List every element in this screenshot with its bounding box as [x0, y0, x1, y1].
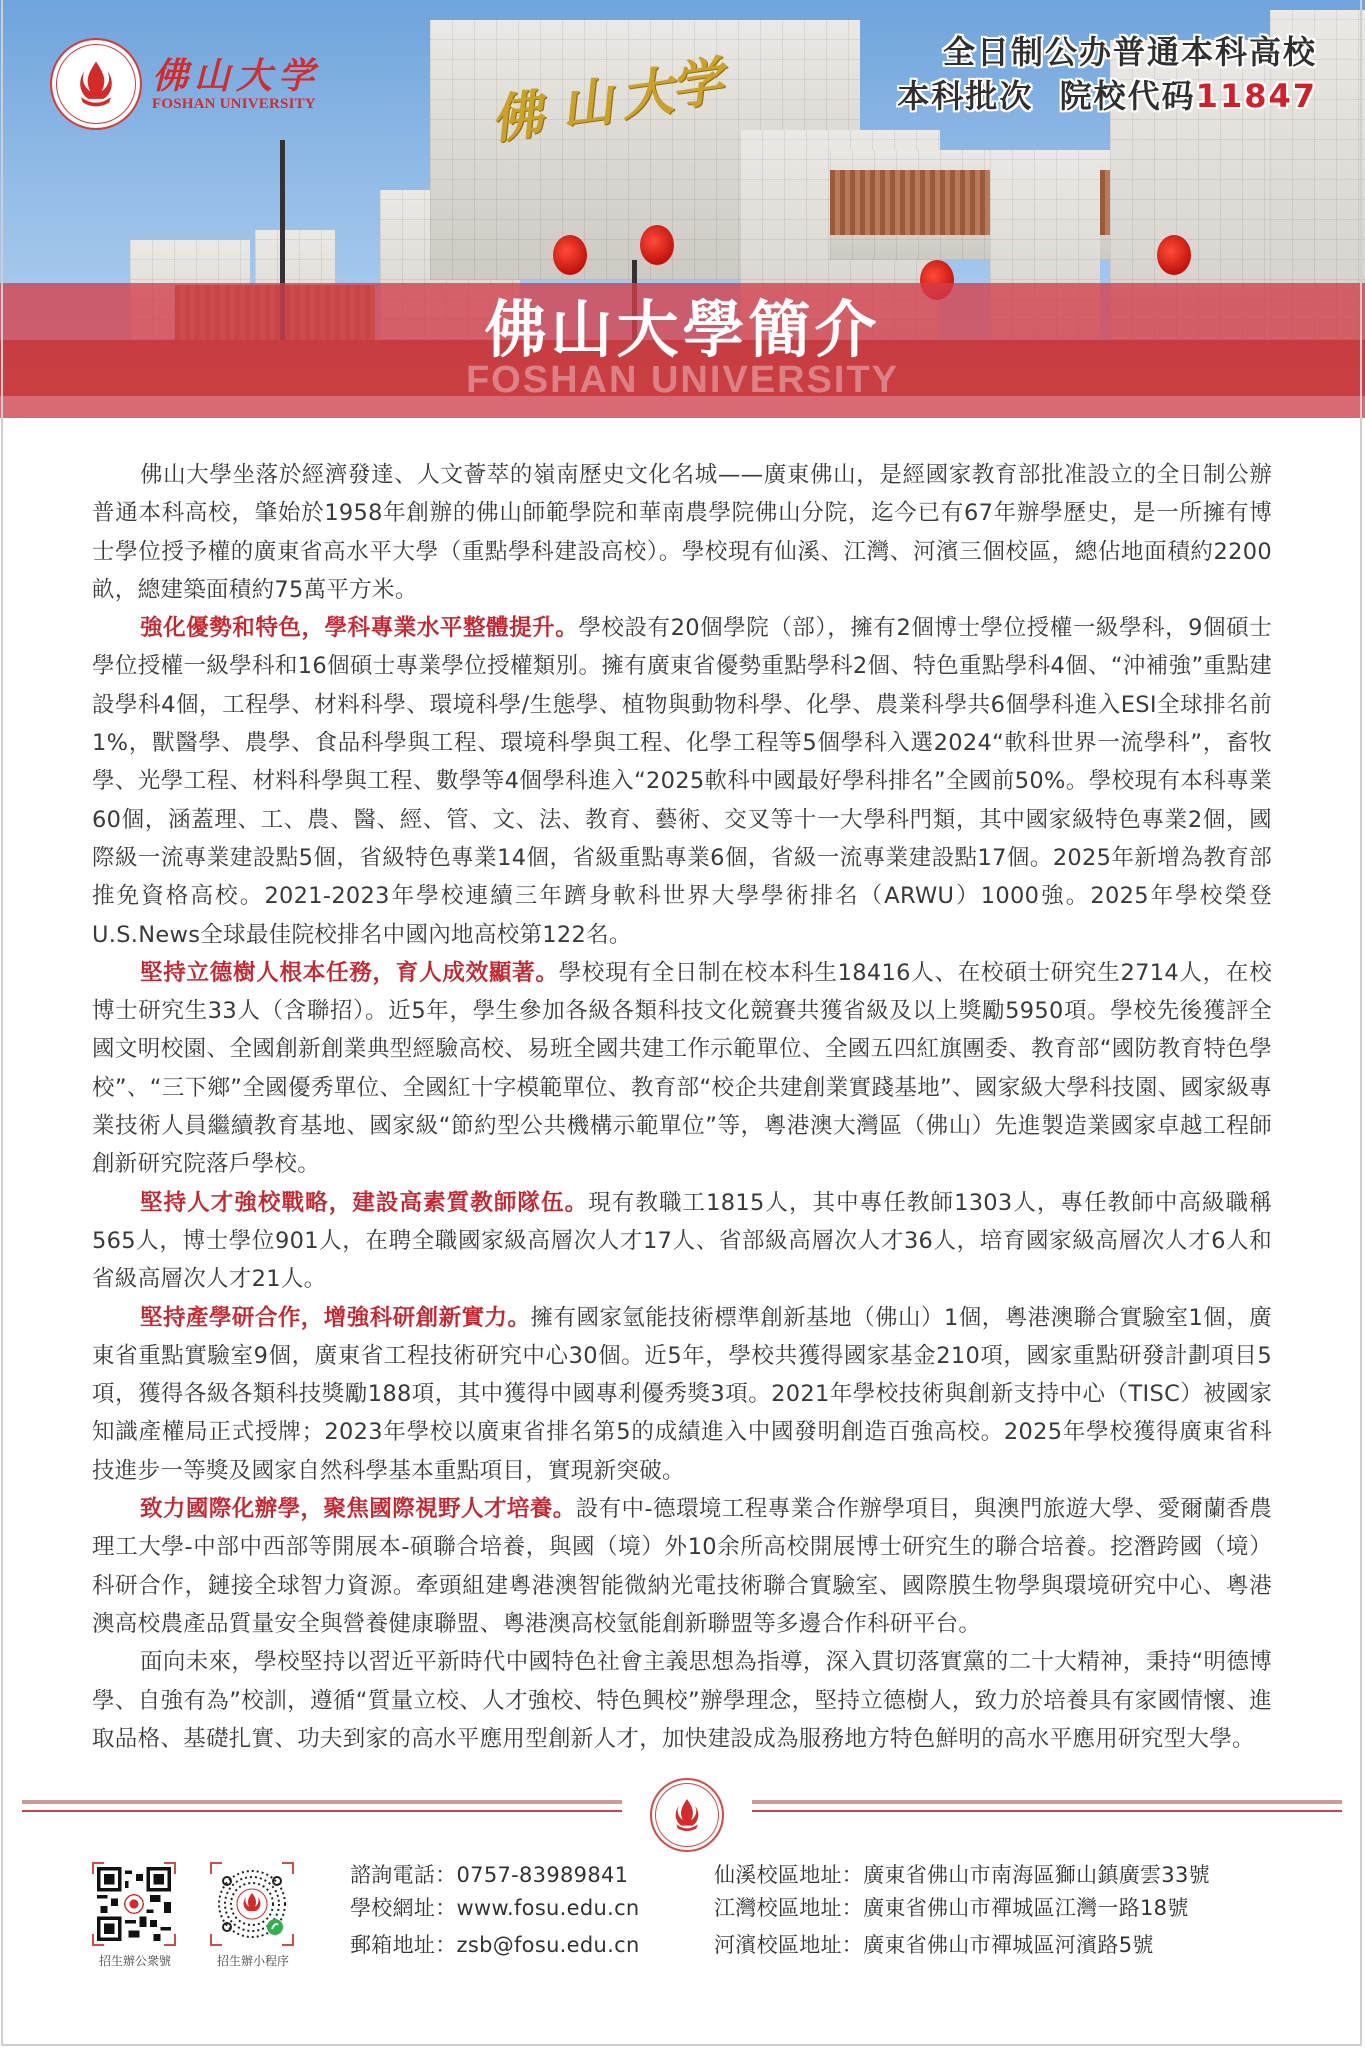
- paragraph-highlight: 強化優勢和特色，學科專業水平整體提升。: [140, 615, 578, 641]
- address-value: 廣東省佛山市南海區獅山鎮廣雲33號: [863, 1863, 1210, 1887]
- phone-number[interactable]: 0757-83989841: [457, 1863, 629, 1887]
- paragraph-highlight: 堅持立德樹人根本任務，育人成效顯著。: [140, 960, 559, 986]
- gate-inscription-char: 山: [555, 59, 617, 141]
- introduction-body: 佛山大學坐落於經濟發達、人文薈萃的嶺南歷史文化名城——廣東佛山，是經國家教育部批…: [92, 456, 1272, 1758]
- institution-code: 11847: [1196, 77, 1317, 115]
- paragraph-text: 面向未來，學校堅持以習近平新時代中國特色社會主義思想為指導，深入貫切落實黨的二十…: [92, 1649, 1272, 1752]
- address-jiangwan: 江灣校區地址：廣東省佛山市禪城區江灣一路18號: [714, 1893, 1210, 1926]
- mini-program-code-icon: [215, 1867, 289, 1941]
- paragraph-text: 擁有國家氫能技術標準創新基地（佛山）1個，粵港澳聯合實驗室1個，廣東省重點實驗室…: [92, 1305, 1272, 1484]
- paragraph-international: 致力國際化辦學，聚焦國際視野人才培養。設有中-德環境工程專業合作辦學項目，與澳門…: [92, 1490, 1272, 1643]
- contact-phone: 諮詢電話：0757-83989841: [350, 1860, 640, 1893]
- paragraph-future: 面向未來，學校堅持以習近平新時代中國特色社會主義思想為指導，深入貫切落實黨的二十…: [92, 1643, 1272, 1758]
- campus-addresses: 仙溪校區地址：廣東省佛山市南海區獅山鎮廣雲33號 江灣校區地址：廣東省佛山市禪城…: [714, 1860, 1210, 1963]
- red-lantern-icon: [1157, 235, 1191, 275]
- contact-label: 諮詢電話：: [350, 1863, 457, 1887]
- flame-emblem-icon: [667, 1795, 707, 1835]
- paragraph-highlight: 堅持產學研合作，增強科研創新實力。: [140, 1305, 531, 1331]
- badge-line-type: 全日制公办普通本科高校: [897, 30, 1317, 74]
- address-xianxi: 仙溪校區地址：廣東省佛山市南海區獅山鎮廣雲33號: [714, 1860, 1210, 1893]
- footer-divider-right: [752, 1800, 1342, 1814]
- qr-mini-program[interactable]: 招生辦小程序: [210, 1862, 296, 1969]
- red-lantern-icon: [640, 225, 674, 265]
- contact-info: 諮詢電話：0757-83989841 學校網址：www.fosu.edu.cn …: [350, 1860, 640, 1963]
- paragraph-overview: 佛山大學坐落於經濟發達、人文薈萃的嶺南歷史文化名城——廣東佛山，是經國家教育部批…: [92, 456, 1272, 609]
- address-label: 仙溪校區地址：: [714, 1863, 863, 1887]
- admission-badge: 全日制公办普通本科高校 本科批次 院校代码11847: [897, 30, 1317, 118]
- badge-batch-label: 本科批次 院校代码: [897, 77, 1195, 115]
- paragraph-research: 堅持產學研合作，增強科研創新實力。擁有國家氫能技術標準創新基地（佛山）1個，粵港…: [92, 1299, 1272, 1490]
- paragraph-faculty: 堅持人才強校戰略，建設高素質教師隊伍。現有教職工1815人，其中專任教師1303…: [92, 1184, 1272, 1299]
- university-logo: 佛山大学 FOSHAN UNIVERSITY: [50, 38, 320, 130]
- paragraph-text: 佛山大學坐落於經濟發達、人文薈萃的嶺南歷史文化名城——廣東佛山，是經國家教育部批…: [92, 462, 1272, 603]
- footer-divider-left: [22, 1800, 622, 1814]
- website-link[interactable]: www.fosu.edu.cn: [457, 1896, 640, 1920]
- red-lantern-icon: [553, 235, 587, 275]
- paragraph-highlight: 堅持人才強校戰略，建設高素質教師隊伍。: [140, 1190, 588, 1216]
- address-label: 河濱校區地址：: [714, 1933, 863, 1957]
- logo-english-name: FOSHAN UNIVERSITY: [152, 96, 320, 112]
- hero-banner: 佛 山 大 学 佛山大学 FOSHAN UNIVERSITY 全日制公办普通本科…: [0, 0, 1365, 418]
- logo-chinese-name: 佛山大学: [152, 56, 320, 96]
- address-value: 廣東省佛山市禪城區河濱路5號: [863, 1933, 1154, 1957]
- qr-code-icon: [97, 1867, 171, 1941]
- paragraph-education: 堅持立德樹人根本任務，育人成效顯著。學校現有全日制在校本科生18416人、在校碩…: [92, 954, 1272, 1184]
- address-value: 廣東省佛山市禪城區江灣一路18號: [863, 1896, 1189, 1920]
- email-link[interactable]: zsb@fosu.edu.cn: [457, 1933, 640, 1957]
- qr-label: 招生辦小程序: [210, 1952, 296, 1969]
- paragraph-text: 學校現有全日制在校本科生18416人、在校碩士研究生2714人，在校博士研究生3…: [92, 960, 1272, 1177]
- mini-program-icon: [267, 1919, 283, 1935]
- contact-email: 郵箱地址：zsb@fosu.edu.cn: [350, 1930, 640, 1963]
- paragraph-disciplines: 強化優勢和特色，學科專業水平整體提升。學校設有20個學院（部），擁有2個博士學位…: [92, 609, 1272, 954]
- contact-label: 學校網址：: [350, 1896, 457, 1920]
- qr-official-account[interactable]: 招生辦公衆號: [92, 1862, 178, 1969]
- paragraph-text: 學校設有20個學院（部），擁有2個博士學位授權一級學科，9個碩士學位授權一級學科…: [92, 615, 1272, 947]
- qr-label: 招生辦公衆號: [92, 1952, 178, 1969]
- address-hebin: 河濱校區地址：廣東省佛山市禪城區河濱路5號: [714, 1930, 1210, 1963]
- page-title: 佛山大學簡介: [0, 290, 1365, 370]
- flame-emblem-icon: [68, 56, 124, 112]
- footer-seal-icon: [650, 1778, 724, 1852]
- university-seal-icon: [50, 38, 142, 130]
- gate-inscription-char: 学: [665, 39, 727, 121]
- paragraph-highlight: 致力國際化辦學，聚焦國際視野人才培養。: [140, 1496, 576, 1522]
- address-label: 江灣校區地址：: [714, 1896, 863, 1920]
- gate-inscription-char: 佛: [485, 72, 547, 154]
- contact-label: 郵箱地址：: [350, 1933, 457, 1957]
- badge-line-code: 本科批次 院校代码11847: [897, 74, 1317, 118]
- contact-website: 學校網址：www.fosu.edu.cn: [350, 1893, 640, 1926]
